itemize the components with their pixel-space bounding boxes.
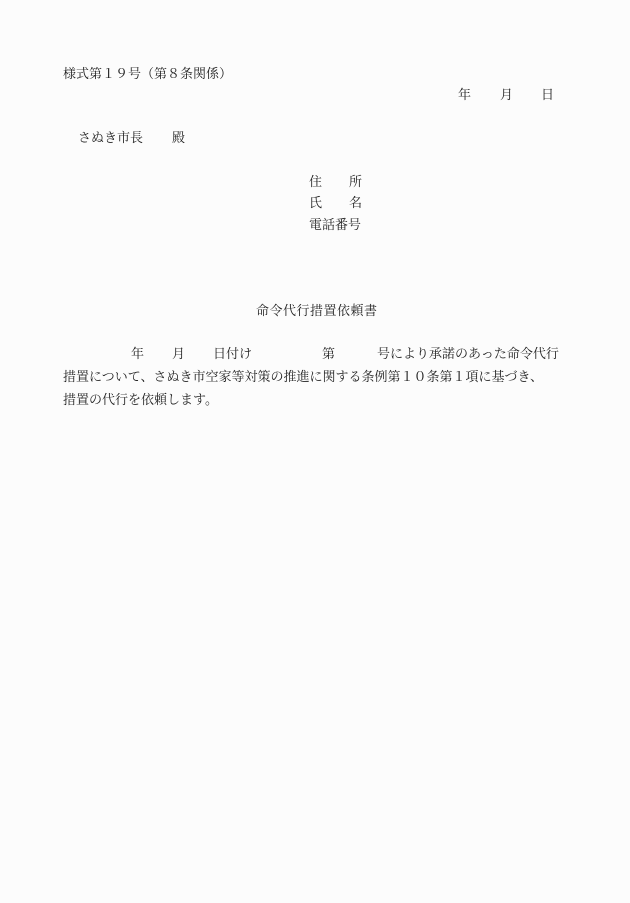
body-year-label: 年 [131, 348, 144, 361]
document-title: 命令代行措置依頼書 [256, 305, 378, 318]
date-day-label: 日 [541, 89, 554, 102]
body-line3-text: 措置の代行を依頼します。 [63, 394, 218, 407]
address-label-part1: 住 [309, 176, 322, 189]
phone-label: 電話番号 [309, 219, 361, 232]
body-line2-text: 措置について、さぬき市空家等対策の推進に関する条例第１０条第１項に基づき、 [63, 371, 543, 384]
date-month-label: 月 [500, 89, 513, 102]
body-line1-text: 号により承諾のあった命令代行 [377, 348, 559, 361]
body-number-prefix: 第 [322, 348, 335, 361]
name-label-part1: 氏 [309, 197, 322, 210]
address-label-part2: 所 [349, 176, 362, 189]
name-label-part2: 名 [349, 197, 362, 210]
addressee-honorific: 殿 [172, 132, 185, 145]
date-year-label: 年 [458, 89, 471, 102]
body-day-label: 日付け [213, 348, 252, 361]
body-month-label: 月 [172, 348, 185, 361]
form-number: 様式第１９号（第８条関係） [63, 68, 232, 81]
addressee-name: さぬき市長 [78, 132, 143, 145]
